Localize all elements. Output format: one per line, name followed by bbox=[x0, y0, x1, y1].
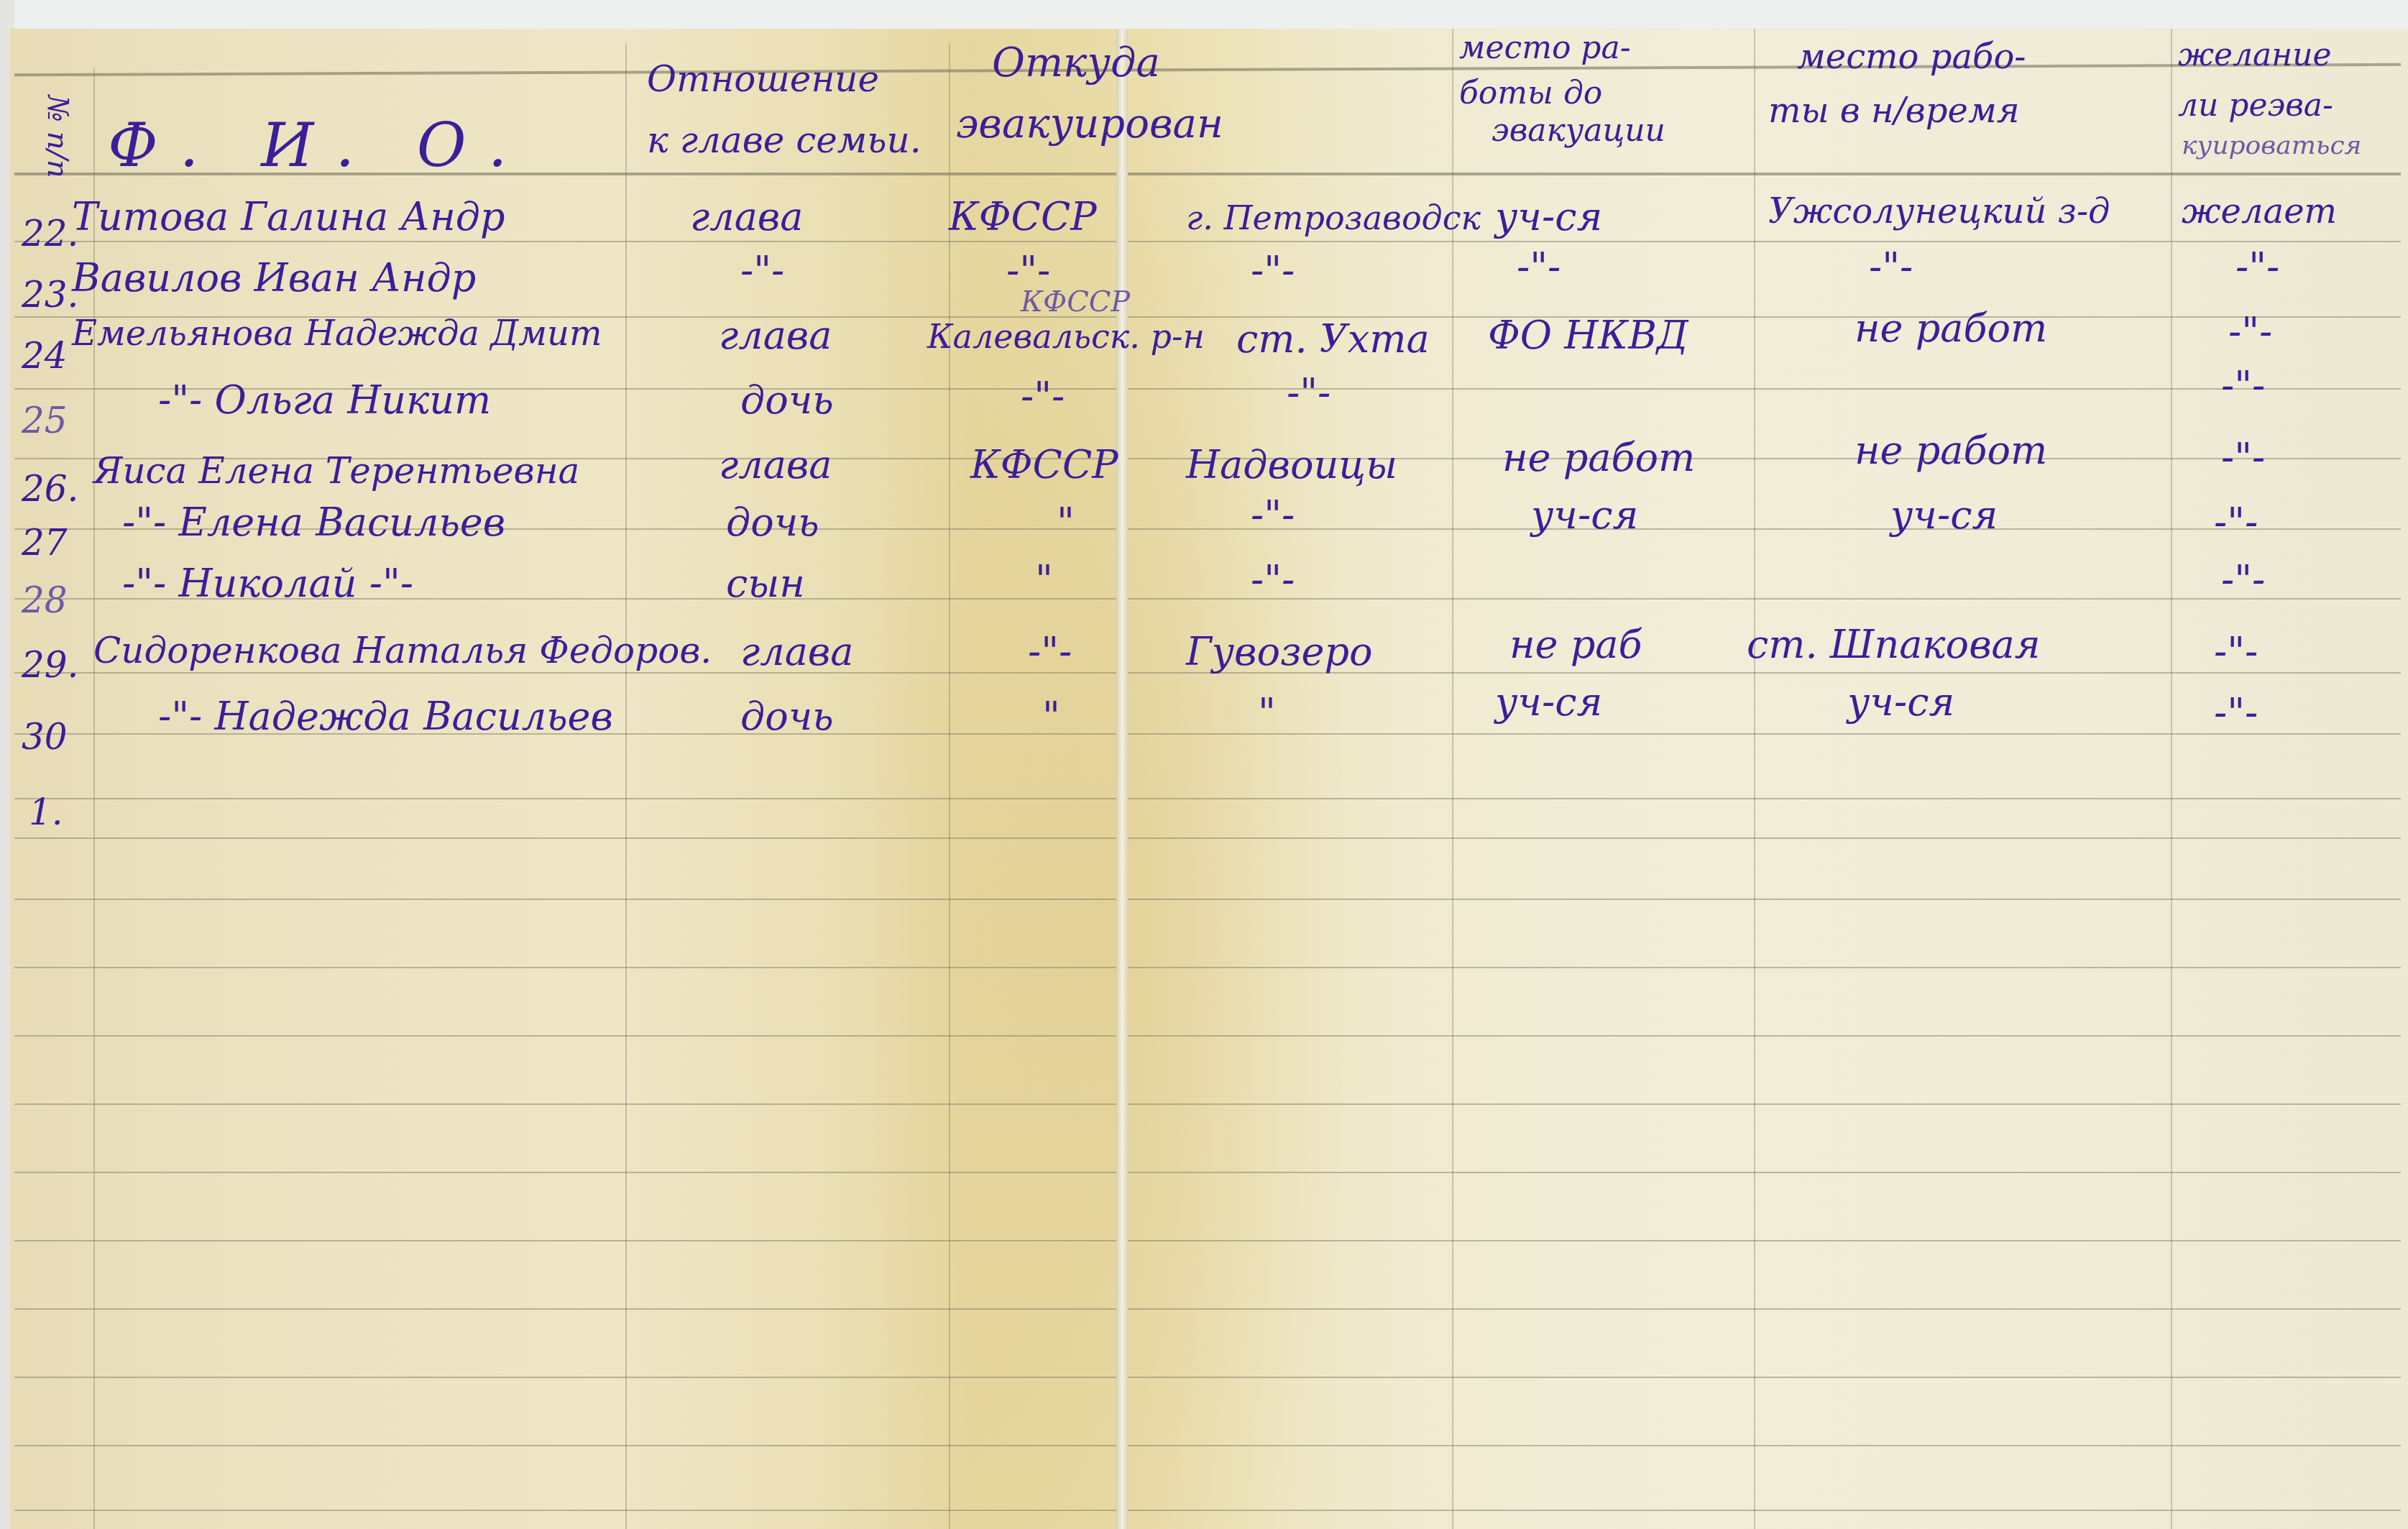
row-num: 26. bbox=[22, 471, 79, 507]
header-num: № п/п bbox=[43, 95, 72, 178]
row-from-region: " bbox=[1057, 503, 1075, 542]
row-num: 25 bbox=[22, 403, 68, 439]
row-from-place: ст. Ухта bbox=[1236, 320, 1430, 359]
row-wish: -"- bbox=[2214, 633, 2258, 671]
header-work-before-3: эвакуации bbox=[1492, 115, 1665, 147]
header-relation-1: Отношение bbox=[647, 61, 879, 97]
row-work-now: не работ bbox=[1855, 431, 2047, 470]
header-work-before-1: место ра- bbox=[1459, 32, 1631, 64]
header-from-2: эвакуирован bbox=[956, 104, 1223, 144]
row-work-before: не раб bbox=[1509, 625, 1642, 664]
row-from-region: -"- bbox=[1021, 377, 1065, 416]
row-wish: -"- bbox=[2214, 694, 2258, 733]
row-work-now: уч-ся bbox=[1890, 496, 1998, 535]
header-wish-1: желание bbox=[2178, 40, 2332, 71]
row-work-now: ст. Шпаковая bbox=[1747, 625, 2041, 664]
row-relation: глава bbox=[719, 446, 832, 485]
header-work-now-2: ты в н/время bbox=[1768, 93, 2020, 128]
row-from-place: " bbox=[1258, 694, 1276, 733]
row-relation: дочь bbox=[740, 381, 834, 420]
row-from-place: Гувозеро bbox=[1186, 633, 1373, 671]
row-name: Емельянова Надежда Дмит bbox=[72, 316, 602, 351]
row-from-place: г. Петрозаводск bbox=[1186, 201, 1481, 234]
row-from-region: -"- bbox=[1006, 252, 1050, 290]
header-work-now-1: место рабо- bbox=[1797, 40, 2026, 74]
row-from-region: КФССР bbox=[970, 446, 1118, 485]
row-name: Вавилов Иван Андр bbox=[72, 259, 476, 298]
row-work-now: Ужсолунецкий з-д bbox=[1768, 194, 2110, 229]
row-name: Титова Галина Андр bbox=[72, 198, 505, 237]
trailing-row-num: 1. bbox=[29, 794, 63, 830]
row-work-before: уч-ся bbox=[1495, 198, 1602, 237]
row-relation: глава bbox=[740, 633, 854, 671]
row-name: -"- Ольга Никит bbox=[158, 381, 491, 420]
row-work-before: -"- bbox=[1517, 248, 1561, 287]
row-wish: -"- bbox=[2221, 367, 2265, 405]
row-wish: -"- bbox=[2214, 503, 2258, 542]
header-work-before-2: боты до bbox=[1459, 78, 1602, 109]
row-from-region: КФССР bbox=[949, 198, 1097, 237]
row-num: 28 bbox=[22, 582, 68, 618]
row-name: -"- Николай -"- bbox=[122, 564, 413, 603]
row-wish: -"- bbox=[2221, 561, 2265, 600]
row-num: 23. bbox=[22, 277, 79, 313]
row-relation: глава bbox=[719, 316, 832, 355]
row-wish: желает bbox=[2182, 194, 2337, 229]
row-relation: -"- bbox=[740, 252, 784, 290]
row-from-place: -"- bbox=[1251, 561, 1295, 600]
row-name: -"- Надежда Васильев bbox=[158, 697, 613, 736]
header-wish-2: ли реэва- bbox=[2178, 90, 2333, 121]
row-work-now: уч-ся bbox=[1847, 683, 1954, 722]
row-num: 27 bbox=[22, 525, 68, 561]
row-work-before: уч-ся bbox=[1531, 496, 1638, 535]
row-relation: глава bbox=[690, 198, 804, 237]
row-relation: дочь bbox=[726, 503, 819, 542]
row-relation: сын bbox=[726, 564, 805, 603]
row-num: 22. bbox=[22, 216, 79, 252]
row-name: Сидоренкова Наталья Федоров. bbox=[93, 633, 712, 669]
row-from-place: Надвоицы bbox=[1186, 446, 1397, 485]
row-wish: -"- bbox=[2235, 248, 2279, 287]
row-from-region-note: КФССР bbox=[1021, 288, 1130, 316]
page-fold bbox=[1116, 29, 1128, 1529]
row-work-now: -"- bbox=[1869, 248, 1913, 287]
header-relation-2: к главе семьи. bbox=[647, 122, 922, 158]
row-relation: дочь bbox=[740, 697, 834, 736]
row-num: 30 bbox=[22, 719, 68, 755]
row-from-place: -"- bbox=[1287, 374, 1331, 413]
row-work-before: уч-ся bbox=[1495, 683, 1602, 722]
header-fio: Ф. И. О. bbox=[108, 115, 528, 175]
row-from-region: " bbox=[1035, 561, 1053, 600]
row-name: -"- Елена Васильев bbox=[122, 503, 505, 542]
row-work-before: ФО НКВД bbox=[1488, 316, 1688, 355]
row-from-region: " bbox=[1042, 697, 1060, 736]
row-num: 29. bbox=[22, 647, 79, 683]
row-wish: -"- bbox=[2228, 313, 2272, 352]
row-from-place: -"- bbox=[1251, 252, 1295, 290]
row-from-place: -"- bbox=[1251, 496, 1295, 535]
row-work-before: не работ bbox=[1502, 439, 1695, 477]
header-from-1: Откуда bbox=[992, 43, 1160, 83]
row-work-now: не работ bbox=[1855, 309, 2047, 348]
row-num: 24 bbox=[22, 338, 68, 374]
header-wish-3: куироваться bbox=[2182, 133, 2361, 159]
row-name: Яиса Елена Терентьевна bbox=[93, 453, 579, 489]
row-wish: -"- bbox=[2221, 439, 2265, 477]
row-from-region: -"- bbox=[1028, 633, 1072, 671]
row-from-region: Калевальск. р-н bbox=[927, 320, 1205, 353]
